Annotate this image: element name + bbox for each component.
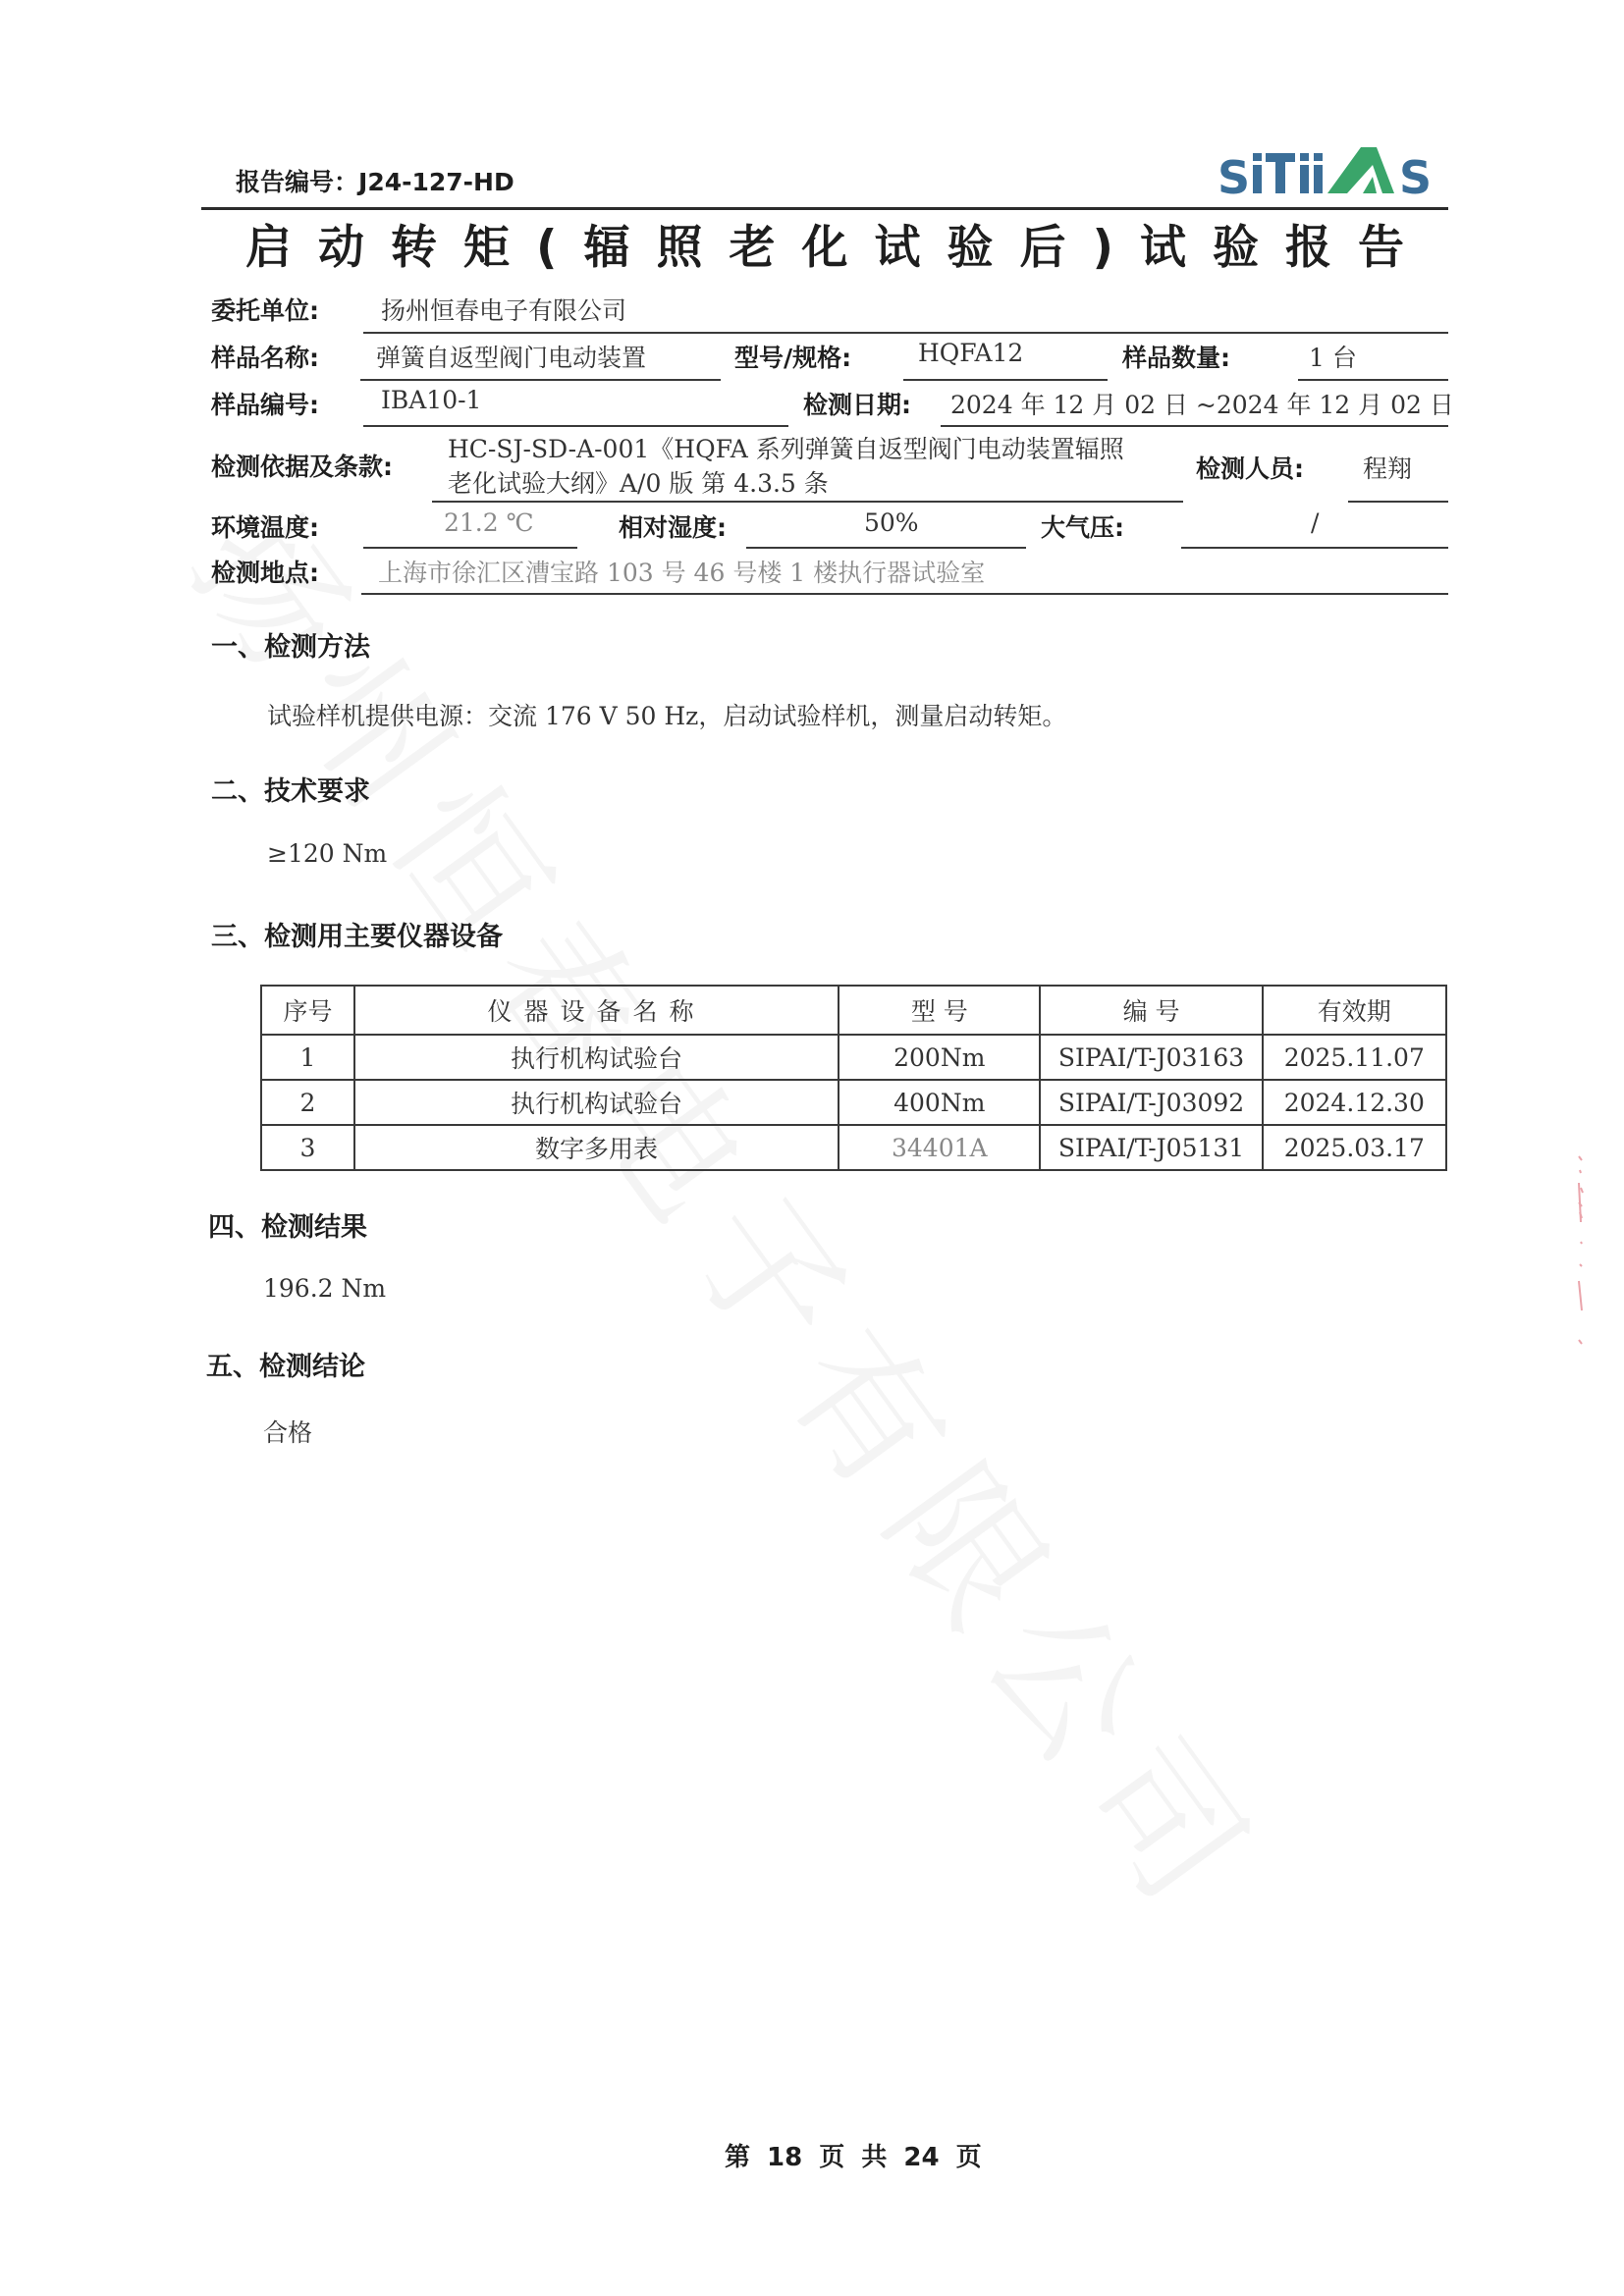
table-cell: 200Nm	[839, 1035, 1040, 1080]
tester-value: 程翔	[1363, 450, 1412, 485]
quantity-underline	[1298, 379, 1448, 381]
section-conclusion-title: 五、检测结论	[206, 1345, 365, 1383]
table-cell: 2024.12.30	[1263, 1080, 1446, 1125]
header-cell: 编 号	[1040, 986, 1262, 1035]
basis-line-2: 老化试验大纲》A/0 版 第 4.3.5 条	[448, 464, 829, 500]
humidity-value: 50%	[864, 508, 919, 537]
stamp-edge-marks	[1571, 1148, 1591, 1355]
location-value: 上海市徐汇区漕宝路 103 号 46 号楼 1 楼执行器试验室	[378, 554, 985, 589]
client-value: 扬州恒春电子有限公司	[381, 292, 626, 327]
header-cell: 有效期	[1263, 986, 1446, 1035]
svg-text:S: S	[1218, 151, 1250, 198]
basis-label: 检测依据及条款:	[211, 448, 393, 483]
quantity-value: 1 台	[1309, 339, 1357, 374]
table-cell: 1	[261, 1035, 354, 1080]
page-number: 第 18 页 共 24 页	[725, 2137, 982, 2173]
section-equipment-title: 三、检测用主要仪器设备	[211, 915, 503, 953]
table-cell: 3	[261, 1125, 354, 1170]
section-method-title: 一、检测方法	[211, 625, 370, 664]
table-cell: 2025.03.17	[1263, 1125, 1446, 1170]
location-underline	[361, 593, 1448, 595]
table-cell: 数字多用表	[354, 1125, 839, 1170]
svg-text:S: S	[1399, 151, 1432, 198]
model-value: HQFA12	[918, 339, 1023, 367]
table-cell: 34401A	[839, 1125, 1040, 1170]
table-row: 2 执行机构试验台 400Nm SIPAI/T-J03092 2024.12.3…	[261, 1080, 1446, 1125]
header-cell: 仪器设备名称	[354, 986, 839, 1035]
report-number-label: 报告编号：	[236, 168, 358, 196]
client-label: 委托单位:	[211, 292, 319, 327]
sample-no-value: IBA10-1	[381, 386, 481, 414]
temperature-underline	[363, 547, 577, 549]
basis-underline	[432, 501, 1183, 503]
table-row: 3 数字多用表 34401A SIPAI/T-J05131 2025.03.17	[261, 1125, 1446, 1170]
humidity-underline	[746, 547, 1026, 549]
section-result-text: 196.2 Nm	[263, 1274, 386, 1303]
header-cell: 序号	[261, 986, 354, 1035]
test-date-underline	[941, 425, 1448, 427]
test-date-value: 2024 年 12 月 02 日 ~2024 年 12 月 02 日	[950, 386, 1454, 421]
section-method-text: 试验样机提供电源：交流 176 V 50 Hz，启动试验样机，测量启动转矩。	[267, 697, 1066, 732]
pressure-value: /	[1311, 508, 1319, 537]
section-requirement-title: 二、技术要求	[211, 770, 370, 808]
tester-underline	[1348, 501, 1448, 503]
header-rule	[201, 207, 1448, 210]
sample-no-underline	[363, 425, 788, 427]
table-row: 1 执行机构试验台 200Nm SIPAI/T-J03163 2025.11.0…	[261, 1035, 1446, 1080]
sitiias-logo: S S	[1218, 147, 1445, 198]
section-conclusion-text: 合格	[263, 1414, 312, 1449]
basis-line-1: HC-SJ-SD-A-001《HQFA 系列弹簧自返型阀门电动装置辐照	[448, 430, 1124, 465]
table-cell: 400Nm	[839, 1080, 1040, 1125]
table-cell: 2025.11.07	[1263, 1035, 1446, 1080]
sample-name-value: 弹簧自返型阀门电动装置	[376, 339, 646, 374]
sample-name-label: 样品名称:	[211, 339, 319, 374]
humidity-label: 相对湿度:	[619, 508, 727, 544]
quantity-label: 样品数量:	[1122, 339, 1230, 374]
pressure-label: 大气压:	[1041, 508, 1124, 544]
report-number: 报告编号：J24-127-HD	[236, 163, 514, 198]
header-cell: 型 号	[839, 986, 1040, 1035]
location-label: 检测地点:	[211, 554, 319, 589]
client-underline	[363, 332, 1448, 334]
sample-name-underline	[360, 379, 721, 381]
section-result-title: 四、检测结果	[208, 1205, 367, 1244]
report-number-value: J24-127-HD	[358, 168, 514, 196]
pressure-underline	[1181, 547, 1448, 549]
test-date-label: 检测日期:	[803, 386, 911, 421]
temperature-value: 21.2 ℃	[444, 508, 534, 537]
table-cell: 执行机构试验台	[354, 1080, 839, 1125]
temperature-label: 环境温度:	[211, 508, 319, 544]
model-label: 型号/规格:	[734, 339, 851, 374]
section-requirement-text: ≥120 Nm	[267, 839, 387, 868]
table-cell: SIPAI/T-J03163	[1040, 1035, 1262, 1080]
table-cell: 执行机构试验台	[354, 1035, 839, 1080]
table-header-row: 序号 仪器设备名称 型 号 编 号 有效期	[261, 986, 1446, 1035]
equipment-table: 序号 仪器设备名称 型 号 编 号 有效期 1 执行机构试验台 200Nm SI…	[260, 985, 1447, 1171]
sample-no-label: 样品编号:	[211, 386, 319, 421]
model-underline	[903, 379, 1108, 381]
table-cell: SIPAI/T-J03092	[1040, 1080, 1262, 1125]
table-cell: 2	[261, 1080, 354, 1125]
tester-label: 检测人员:	[1196, 450, 1304, 485]
table-cell: SIPAI/T-J05131	[1040, 1125, 1262, 1170]
report-title: 启动转矩(辐照老化试验后)试验报告	[245, 211, 1431, 277]
